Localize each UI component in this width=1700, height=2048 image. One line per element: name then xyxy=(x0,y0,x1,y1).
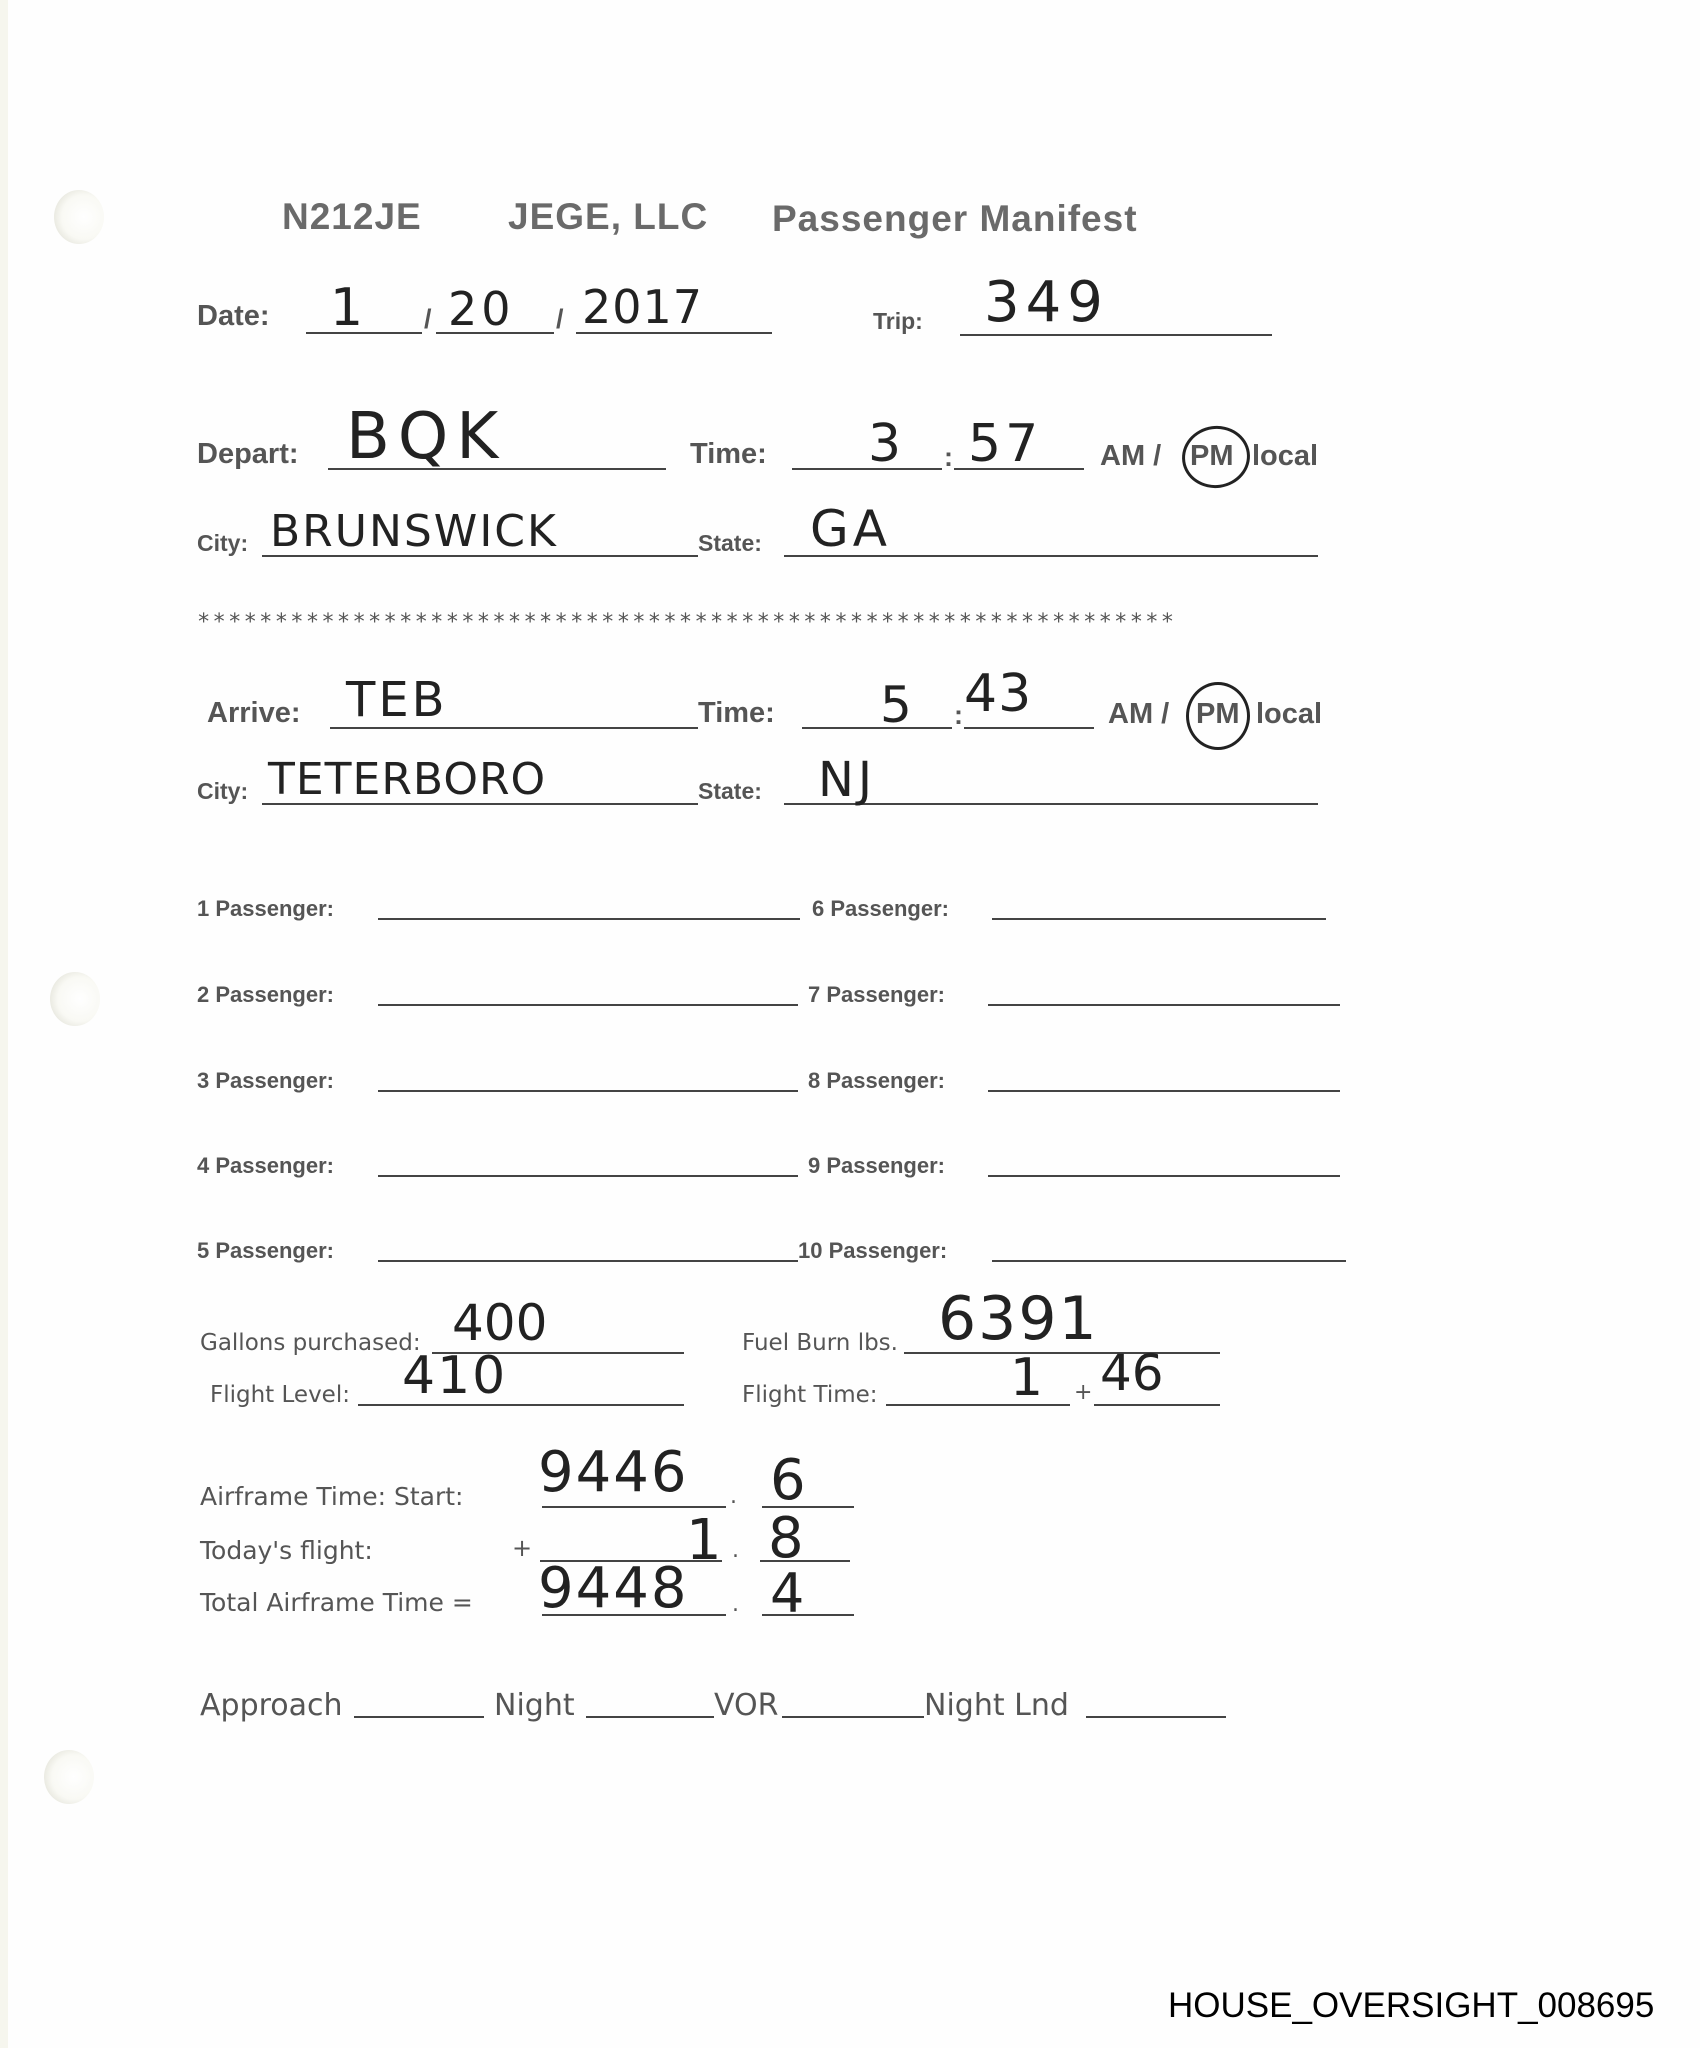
passenger-9-label: 9 Passenger: xyxy=(808,1153,945,1179)
hole-punch-icon xyxy=(54,190,104,244)
passenger-5-field[interactable] xyxy=(378,1260,798,1262)
passenger-1-label: 1 Passenger: xyxy=(197,896,334,922)
passenger-7-label: 7 Passenger: xyxy=(808,982,945,1008)
arrive-minute-line xyxy=(964,727,1094,729)
passenger-7-field[interactable] xyxy=(988,1004,1340,1006)
trip-field[interactable]: 349 xyxy=(984,270,1109,335)
airframe-start-label: Airframe Time: Start: xyxy=(200,1482,463,1511)
flight-time-separator: + xyxy=(1074,1380,1092,1405)
decimal-point: . xyxy=(732,1538,739,1563)
depart-city-field[interactable]: BRUNSWICK xyxy=(270,506,558,557)
passenger-8-field[interactable] xyxy=(988,1090,1340,1092)
night-lnd-field[interactable] xyxy=(1086,1716,1226,1718)
depart-airport-field[interactable]: BQK xyxy=(346,400,506,474)
approach-label: Approach xyxy=(200,1688,343,1723)
total-airframe-label: Total Airframe Time = xyxy=(200,1588,473,1617)
fuel-burn-label: Fuel Burn lbs. xyxy=(742,1330,898,1356)
total-airframe-tenth-field[interactable]: 4 xyxy=(770,1562,808,1625)
arrive-hour-line xyxy=(802,727,952,729)
depart-label: Depart: xyxy=(197,438,299,471)
section-divider: ****************************************… xyxy=(197,610,1176,635)
time-colon: : xyxy=(954,700,963,731)
plus-sign: + xyxy=(512,1534,532,1562)
passenger-10-field[interactable] xyxy=(992,1260,1346,1262)
arrive-state-field[interactable]: NJ xyxy=(818,752,876,808)
local-label: local xyxy=(1252,440,1318,473)
pm-selected-circle xyxy=(1178,422,1254,493)
vor-field[interactable] xyxy=(782,1716,924,1718)
date-year-field[interactable]: 2017 xyxy=(582,280,703,334)
passenger-4-field[interactable] xyxy=(378,1175,798,1177)
arrive-state-label: State: xyxy=(698,778,762,805)
pm-selected-circle xyxy=(1186,682,1250,750)
date-label: Date: xyxy=(197,300,270,333)
date-day-field[interactable]: 20 xyxy=(448,282,515,336)
hole-punch-icon xyxy=(50,972,100,1026)
passenger-5-label: 5 Passenger: xyxy=(197,1238,334,1264)
trip-label: Trip: xyxy=(873,308,923,335)
page-title: Passenger Manifest xyxy=(772,198,1138,240)
fuel-burn-field[interactable]: 6391 xyxy=(938,1284,1099,1354)
decimal-point: . xyxy=(732,1592,739,1617)
arrive-hour-field[interactable]: 5 xyxy=(880,676,916,734)
arrive-minute-field[interactable]: 43 xyxy=(964,664,1032,724)
night-lnd-label: Night Lnd xyxy=(924,1688,1069,1723)
arrive-label: Arrive: xyxy=(207,697,301,730)
passenger-6-field[interactable] xyxy=(992,918,1326,920)
depart-city-label: City: xyxy=(197,530,248,557)
arrive-airport-field[interactable]: TEB xyxy=(346,672,448,728)
passenger-9-field[interactable] xyxy=(988,1175,1340,1177)
night-field[interactable] xyxy=(586,1716,714,1718)
am-option[interactable]: AM / xyxy=(1108,698,1169,731)
airframe-start-whole-field[interactable]: 9446 xyxy=(538,1440,689,1505)
flight-level-field[interactable]: 410 xyxy=(402,1346,507,1406)
passenger-1-field[interactable] xyxy=(378,918,800,920)
flight-time-label: Flight Time: xyxy=(742,1382,878,1408)
total-airframe-whole-field[interactable]: 9448 xyxy=(538,1556,689,1621)
date-separator: / xyxy=(424,304,432,335)
passenger-8-label: 8 Passenger: xyxy=(808,1068,945,1094)
tail-number: N212JE xyxy=(282,196,422,238)
flight-time-minutes-field[interactable]: 46 xyxy=(1100,1344,1164,1402)
scan-edge xyxy=(0,0,8,2048)
decimal-point: . xyxy=(730,1484,737,1509)
todays-flight-label: Today's flight: xyxy=(200,1536,373,1565)
arrive-city-field[interactable]: TETERBORO xyxy=(268,754,546,805)
passenger-4-label: 4 Passenger: xyxy=(197,1153,334,1179)
depart-minute-field[interactable]: 57 xyxy=(968,414,1042,474)
am-option[interactable]: AM / xyxy=(1100,440,1161,473)
flight-level-label: Flight Level: xyxy=(210,1382,350,1408)
passenger-3-field[interactable] xyxy=(378,1090,798,1092)
time-colon: : xyxy=(944,442,953,473)
depart-time-label: Time: xyxy=(690,438,767,471)
company-name: JEGE, LLC xyxy=(508,196,708,238)
depart-state-label: State: xyxy=(698,530,762,557)
arrive-city-label: City: xyxy=(197,778,248,805)
vor-label: VOR xyxy=(714,1688,778,1723)
passenger-3-label: 3 Passenger: xyxy=(197,1068,334,1094)
date-month-field[interactable]: 1 xyxy=(330,278,367,338)
gallons-label: Gallons purchased: xyxy=(200,1330,421,1356)
passenger-2-field[interactable] xyxy=(378,1004,798,1006)
passenger-6-label: 6 Passenger: xyxy=(812,896,949,922)
flight-time-minutes-line xyxy=(1094,1404,1220,1406)
airframe-start-tenth-field[interactable]: 6 xyxy=(770,1448,810,1513)
depart-hour-line xyxy=(792,468,942,470)
date-separator: / xyxy=(556,304,564,335)
hole-punch-icon xyxy=(44,1750,94,1804)
passenger-10-label: 10 Passenger: xyxy=(798,1238,947,1264)
manifest-page: N212JE JEGE, LLC Passenger Manifest Date… xyxy=(0,0,1700,2048)
passenger-2-label: 2 Passenger: xyxy=(197,982,334,1008)
depart-state-field[interactable]: GA xyxy=(810,500,891,558)
night-label: Night xyxy=(494,1688,575,1723)
flight-time-hours-field[interactable]: 1 xyxy=(1010,1348,1047,1408)
todays-flight-whole-field[interactable]: 1 xyxy=(686,1508,726,1573)
approach-field[interactable] xyxy=(354,1716,484,1718)
local-label: local xyxy=(1256,698,1322,731)
bates-number: HOUSE_OVERSIGHT_008695 xyxy=(1168,1986,1654,2026)
gallons-field[interactable]: 400 xyxy=(452,1294,547,1352)
depart-hour-field[interactable]: 3 xyxy=(868,414,905,474)
arrive-time-label: Time: xyxy=(698,697,775,730)
